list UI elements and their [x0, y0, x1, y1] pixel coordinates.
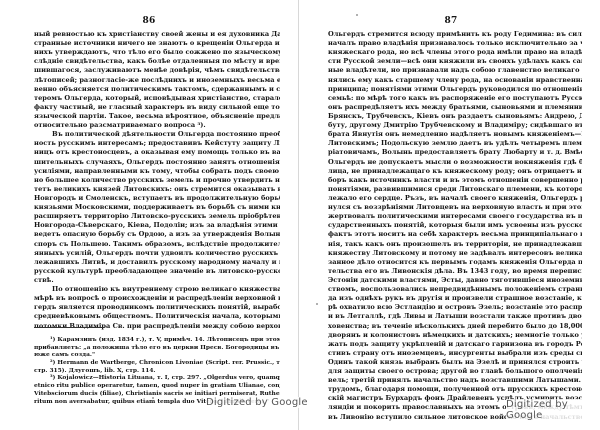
text-line: семьѣ: по мѣрѣ того какъ въ распоряженіе…: [328, 94, 582, 103]
footnote-line: прибавляетъ: „а положиша тѣло его въ цер…: [34, 344, 280, 352]
text-line: боръ какъ источникъ власти и въ этомъ от…: [328, 176, 582, 185]
text-line: дворянъ и колонистовъ нѣмецкихъ и датски…: [328, 331, 582, 340]
right-body-text: Ольгердъ стремится всюду примѣнить къ ро…: [328, 30, 582, 422]
text-line: шительныхъ случаяхъ, Ольгердъ постоянно …: [34, 158, 280, 167]
text-line: тетъ великихъ князей Литовскихъ: онъ стр…: [34, 185, 280, 194]
scan-speck: [316, 303, 318, 305]
text-line: князьями Московскими, поддерживаетъ въ б…: [34, 203, 280, 212]
text-line: Литовскимъ; Подольскую землю даетъ въ уд…: [328, 139, 582, 148]
text-line: нялись ему какъ старшему члену рода, на …: [328, 76, 582, 85]
text-line: и въ Летгаллѣ, гдѣ Ливы и Латыши возстал…: [328, 312, 582, 321]
text-line: принципа; понятіями этими Ольгердъ руков…: [328, 85, 582, 94]
text-line: буту, другому Дмитрію Трубчевскому и Вла…: [328, 121, 582, 130]
text-line: княжескаго рода, но всѣ члены этого рода…: [328, 48, 582, 57]
text-line: онъ распредѣляетъ ихъ между братьями, сы…: [328, 103, 582, 112]
text-line: стивъ страну отъ иноземцевъ, инсургенты …: [328, 349, 582, 358]
text-line: ведетъ опасную борьбу съ Ордою, а изъ за…: [34, 230, 280, 239]
page-number: 87: [302, 16, 600, 26]
left-body-text: ный ревностью къ христіанству своей жены…: [34, 30, 280, 331]
text-line: лѣтописей; разногласіе-же послѣднихъ и и…: [34, 76, 280, 85]
text-line: шившагося, заслуживаютъ менѣе довѣрія, ч…: [34, 66, 280, 75]
text-line: фактъ этотъ носитъ на себѣ характеръ вес…: [328, 230, 582, 239]
text-line: рѣ охватило всю Эстландію и островъ Эзел…: [328, 303, 582, 312]
text-line: слѣдніе свидѣтельства, какъ болѣе отдале…: [34, 57, 280, 66]
text-line: но большее количество русскихъ земель и …: [34, 176, 280, 185]
text-line: брата Явнутія онъ немедленно надѣляетъ н…: [328, 130, 582, 139]
text-line: ность русскимъ интересамъ; предоставивъ …: [34, 139, 280, 148]
google-watermark-left: Digitized by Google: [206, 397, 308, 408]
text-line: трудомъ, благодаря помощи, полученной от…: [328, 385, 582, 394]
scan-speck: [356, 14, 358, 16]
text-line: лица, не принадлежащаго къ княжескому ро…: [328, 167, 582, 176]
text-line: Одинъ такой князь выбранъ былъ на Эзелѣ …: [328, 358, 582, 367]
text-line: жать подъ защиту укрѣпленій и датскаго г…: [328, 340, 582, 349]
text-line: языческой партіи. Такое, весьма вѣроятно…: [34, 112, 280, 121]
text-line: ховенства; въ теченіе нѣсколькихъ дней п…: [328, 322, 582, 331]
text-line: сударственныхъ понятій, которыя были имъ…: [328, 221, 582, 230]
text-line: понятіями, развившимися среди Литовскаго…: [328, 185, 582, 194]
footnote-line: ²) Hermann de Wartberge, Chronicon Livon…: [34, 359, 280, 367]
text-line: средневѣковымъ обществомъ. Политическія …: [34, 312, 280, 321]
text-line: княжеству Литовскому и потому не задѣвал…: [328, 249, 582, 258]
text-line: ные владѣтели, но признавали надъ собою …: [328, 66, 582, 75]
text-line: Ольгердъ не допускаетъ мысли о возможнос…: [328, 158, 582, 167]
text-line: нулся съ воззрѣніями Литовцевъ на верхов…: [328, 203, 582, 212]
text-line: занное дѣло относится къ первымъ годамъ …: [328, 258, 582, 267]
text-line: ницъ отъ крестоносцевъ, а оказывая ему п…: [34, 148, 280, 157]
footnote-line: стр. 315). Длугошъ, lib. X, стр. 114.: [34, 367, 280, 375]
text-line: жертвовалъ политическими интересами свое…: [328, 212, 582, 221]
text-line: мѣрѣ въ вопросѣ о происхожденіи и распре…: [34, 294, 280, 303]
text-line: ствѣ.: [34, 276, 280, 285]
left-page: 86 ный ревностью къ христіанству своей ж…: [0, 0, 298, 430]
text-line: Въ политической дѣятельности Ольгерда по…: [34, 130, 280, 139]
text-line: русской культурѣ преобладающее значеніе …: [34, 267, 280, 276]
text-line: венно объясняется политическимъ тактомъ,…: [34, 85, 280, 94]
footnote-line: юже самъ созда.": [34, 351, 280, 359]
text-line: нія, такъ какъ онъ произошелъ въ террито…: [328, 240, 582, 249]
book-gutter: [298, 0, 299, 430]
text-line: сти Русской земли—всѣ они княжили въ сво…: [328, 57, 582, 66]
text-line: Новгорода-Сѣверскаго, Кіева, Подоліи; из…: [34, 221, 280, 230]
text-line: ріатовичамъ, Волынь предоставляетъ брату…: [328, 148, 582, 157]
text-line: ствомъ, воспользовались непредвидѣннымъ …: [328, 285, 582, 294]
text-line: усиліями, направленными къ тому, чтобы с…: [34, 167, 280, 176]
google-watermark-right: Digitized by Google: [506, 399, 600, 421]
text-line: лежавшихъ Литвѣ, и доставилъ русскому на…: [34, 258, 280, 267]
footnotes: ¹) Карамзинъ (изд. 1834 г.), т. V, примѣ…: [34, 336, 280, 405]
text-line: да изъ однѣхъ рукъ въ другія и произвели…: [328, 294, 582, 303]
text-line: По отношенію къ внутреннему строю велика…: [34, 285, 280, 294]
text-line: вель; третій принялъ начальство надъ воз…: [328, 376, 582, 385]
right-page: 87 Ольгердъ стремится всюду примѣнить къ…: [302, 0, 600, 430]
text-line: Эстоніи датскими властями, Эсты, давно т…: [328, 276, 582, 285]
text-line: Новгородъ и Смоленскъ, вступаетъ въ прод…: [34, 194, 280, 203]
footnote-line: ³) Kojalowicz—Historia Lituana, т. I, ст…: [34, 374, 280, 382]
text-line: странные источники ничего не знаютъ о кр…: [34, 39, 280, 48]
text-line: нихъ утверждаютъ, что тѣло его было сожж…: [34, 48, 280, 57]
text-line: гердъ является проводникомъ политических…: [34, 303, 280, 312]
text-line: ный ревностью къ христіанству своей жены…: [34, 30, 280, 39]
text-line: споръ съ Польшею. Такимъ образомъ, вслѣд…: [34, 240, 280, 249]
text-line: теромъ Ольгерда, который, исповѣдывая хр…: [34, 94, 280, 103]
text-line: относительно разсматриваемаго вопроса ³)…: [34, 121, 280, 130]
text-line: началъ право владѣнія признавалось тольк…: [328, 39, 582, 48]
text-line: лежало его сердце. Ръзъ, въ началѣ своег…: [328, 194, 582, 203]
page-number: 86: [0, 16, 298, 26]
footnote-line: ¹) Карамзинъ (изд. 1834 г.), т. V, примѣ…: [34, 336, 280, 344]
text-line: для защиты своего острова; другой во гла…: [328, 367, 582, 376]
text-line: расширяетъ территорію Литовско-русскихъ …: [34, 212, 280, 221]
text-line: факту частный, не гласный характеръ въ в…: [34, 103, 280, 112]
footnote-rule: [34, 327, 104, 328]
text-line: янныхъ усилій, Ольгердъ почти удвоилъ ко…: [34, 249, 280, 258]
text-line: Ольгердъ стремится всюду примѣнить къ ро…: [328, 30, 582, 39]
text-line: Брянскъ, Трубчевскъ, Кіевъ онъ раздаетъ …: [328, 112, 582, 121]
footnote-line: etnico ritu publice operaretur, tamen, q…: [34, 382, 280, 390]
text-line: тельства его въ Ливонскія дѣла. Въ 1343 …: [328, 267, 582, 276]
scan-speck: [152, 397, 154, 399]
